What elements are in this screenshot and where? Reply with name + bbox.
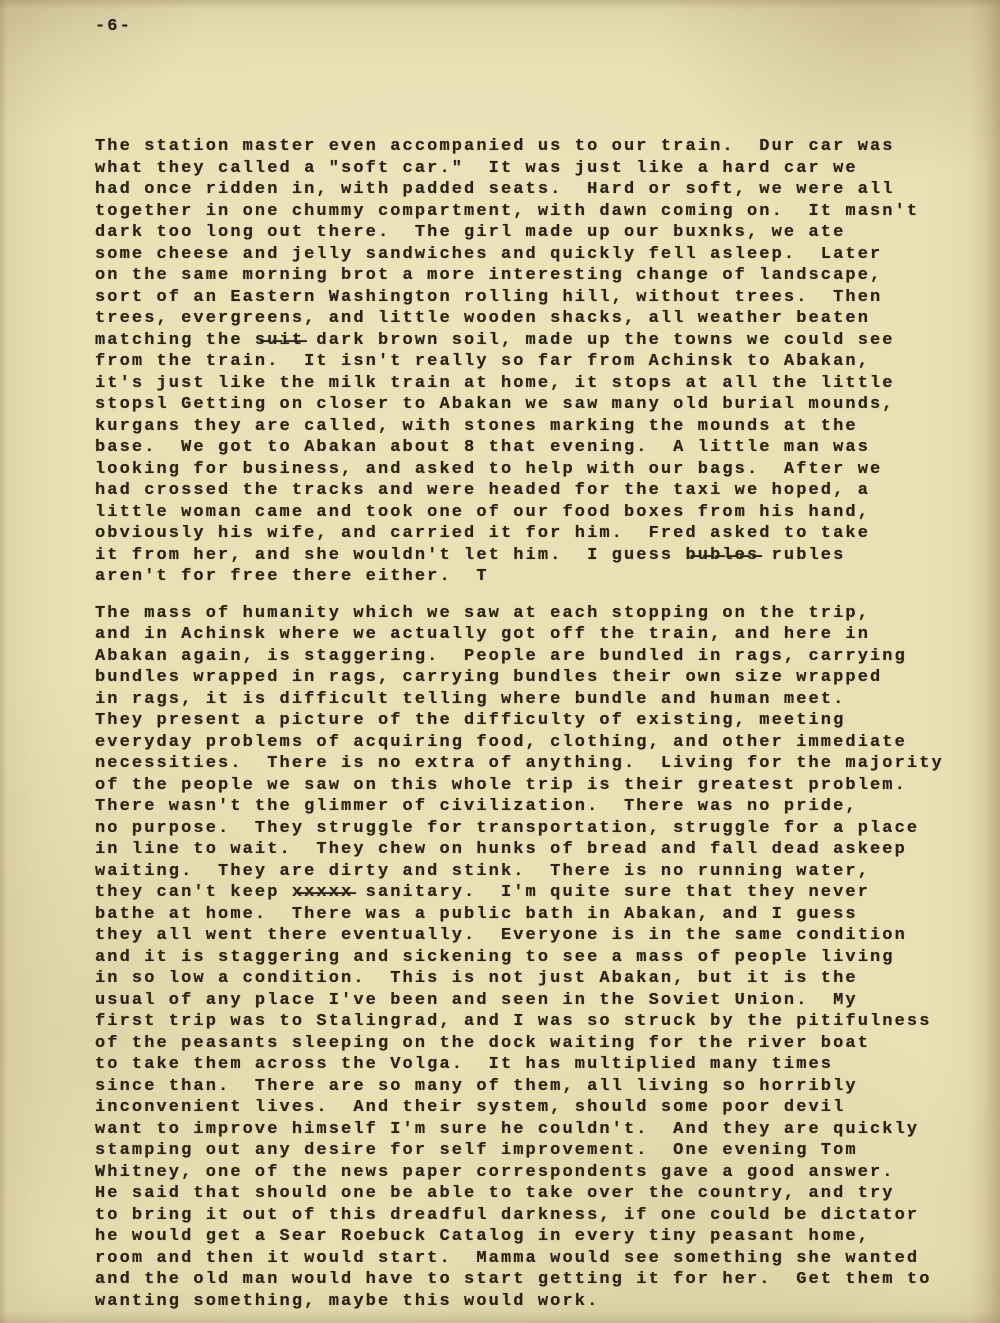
paragraph-mass-of-humanity: The mass of humanity which we saw at eac… xyxy=(95,603,985,1313)
letter-body: The station master even accompanied us t… xyxy=(95,136,985,1312)
page-number: -6- xyxy=(95,16,132,38)
paragraph-train-to-abakan: The station master even accompanied us t… xyxy=(95,136,985,588)
paper-sheet: -6- The station master even accompanied … xyxy=(0,0,1000,1323)
